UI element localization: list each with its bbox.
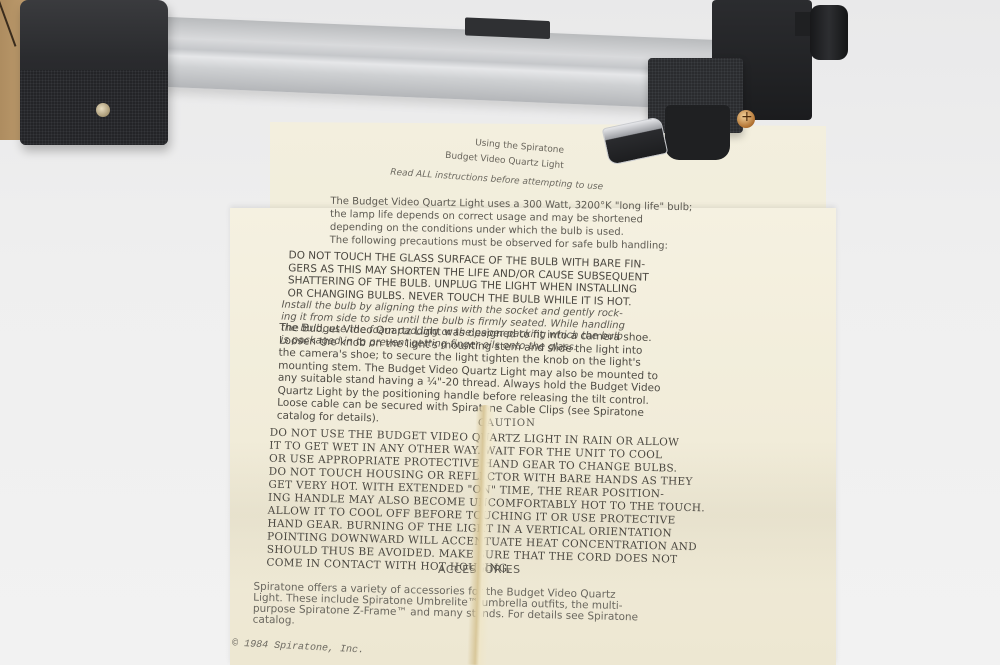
brass-screw-icon [737, 110, 755, 128]
clamp-tightening-knob [810, 5, 848, 60]
intro-paragraph: The Budget Video Quartz Light uses a 300… [330, 195, 693, 253]
clamp-jaw [665, 105, 730, 160]
mounting-paragraph: The Budget Video Quartz Light was design… [277, 322, 662, 433]
left-end-cap [20, 0, 168, 145]
end-cap-screw-icon [96, 103, 110, 117]
aluminum-mounting-bar [120, 15, 740, 111]
rail-top-bracket [465, 17, 550, 39]
accessories-paragraph: Spiratone offers a variety of accessorie… [253, 582, 639, 635]
photo-scene: Using the Spiratone Budget Video Quartz … [0, 0, 1000, 665]
bulb-warning-paragraph: DO NOT TOUCH THE GLASS SURFACE OF THE BU… [287, 249, 649, 308]
box-edge-line [0, 0, 16, 47]
end-cap-textured-face [20, 70, 168, 145]
